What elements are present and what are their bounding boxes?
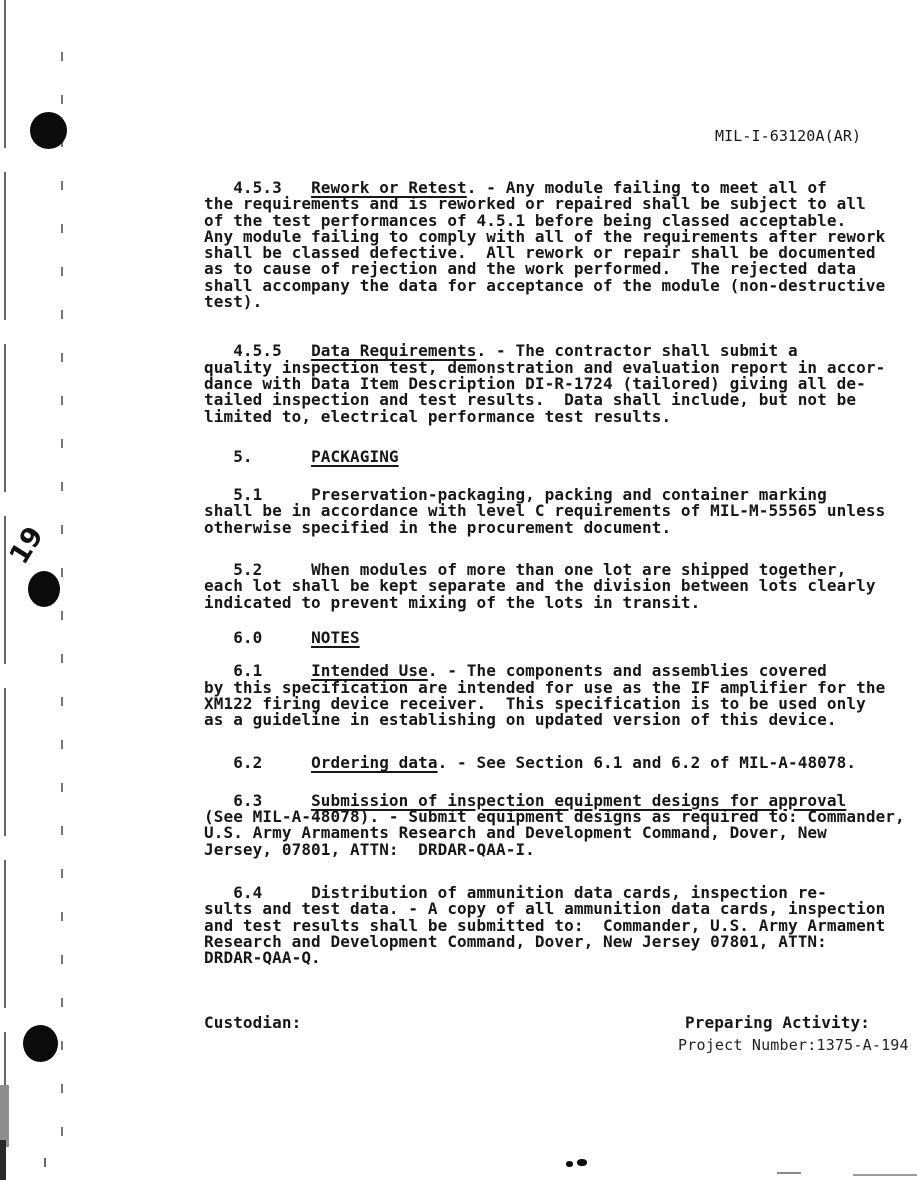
section-6-1: 6.1 Intended Use. - The components and a… (204, 663, 916, 728)
section-4-5-3: 4.5.3 Rework or Retest. - Any module fai… (204, 180, 916, 310)
text-line: otherwise specified in the procurement d… (204, 520, 916, 536)
document-body: 4.5.3 Rework or Retest. - Any module fai… (204, 180, 916, 966)
section-text: . - See Section 6.1 and 6.2 of MIL-A-480… (438, 753, 857, 772)
scanned-document-page: 19 MIL-I-63120A(AR) 4.5.3 Rework or Rete… (0, 0, 917, 1180)
text-line: test). (204, 294, 916, 310)
left-margin-rule (4, 0, 6, 1152)
section-number: 6.2 (204, 753, 311, 772)
binding-dashed-rule (61, 52, 63, 1164)
section-4-5-5: 4.5.5 Data Requirements. - The contracto… (204, 343, 916, 424)
bottom-edge-mark (853, 1174, 917, 1176)
section-number: 6.0 (204, 628, 311, 647)
document-reference: MIL-I-63120A(AR) (715, 127, 861, 145)
page-number-remnant (566, 1161, 573, 1167)
hole-punch-top (30, 112, 67, 149)
hole-punch-bottom (23, 1025, 58, 1062)
section-title: NOTES (311, 628, 360, 647)
bottom-edge-mark (777, 1172, 801, 1174)
scan-edge-shadow (0, 1085, 9, 1147)
section-title: Ordering data (311, 753, 438, 772)
scan-corner-mark (0, 1140, 6, 1180)
custodian-label: Custodian: (204, 1013, 301, 1032)
text-line: DRDAR-QAA-Q. (204, 950, 916, 966)
section-6-4: 6.4 Distribution of ammunition data card… (204, 885, 916, 966)
preparing-activity-label: Preparing Activity: (685, 1013, 870, 1032)
section-heading-line: 5. PACKAGING (204, 449, 916, 465)
text-line: indicated to prevent mixing of the lots … (204, 595, 916, 611)
text-line: Jersey, 07801, ATTN: DRDAR-QAA-I. (204, 842, 916, 858)
section-heading-line: 6.2 Ordering data. - See Section 6.1 and… (204, 755, 916, 771)
section-5-2: 5.2 When modules of more than one lot ar… (204, 562, 916, 611)
section-5-packaging: 5. PACKAGING (204, 449, 916, 465)
project-number: Project Number:1375-A-194 (678, 1036, 909, 1054)
section-6-0-notes: 6.0 NOTES (204, 630, 916, 646)
section-title: PACKAGING (311, 447, 399, 466)
section-heading-line: 6.0 NOTES (204, 630, 916, 646)
section-5-1: 5.1 Preservation-packaging, packing and … (204, 487, 916, 536)
handwritten-page-note: 19 (4, 521, 50, 569)
text-line: limited to, electrical performance test … (204, 409, 916, 425)
scan-speck (44, 1158, 46, 1167)
section-number: 5. (204, 447, 311, 466)
text-line: shall accompany the data for acceptance … (204, 278, 916, 294)
section-6-3: 6.3 Submission of inspection equipment d… (204, 793, 916, 858)
section-6-2: 6.2 Ordering data. - See Section 6.1 and… (204, 755, 916, 771)
hole-punch-middle (28, 571, 60, 607)
text-line: as a guideline in establishing on update… (204, 712, 916, 728)
page-number-remnant (577, 1159, 587, 1166)
